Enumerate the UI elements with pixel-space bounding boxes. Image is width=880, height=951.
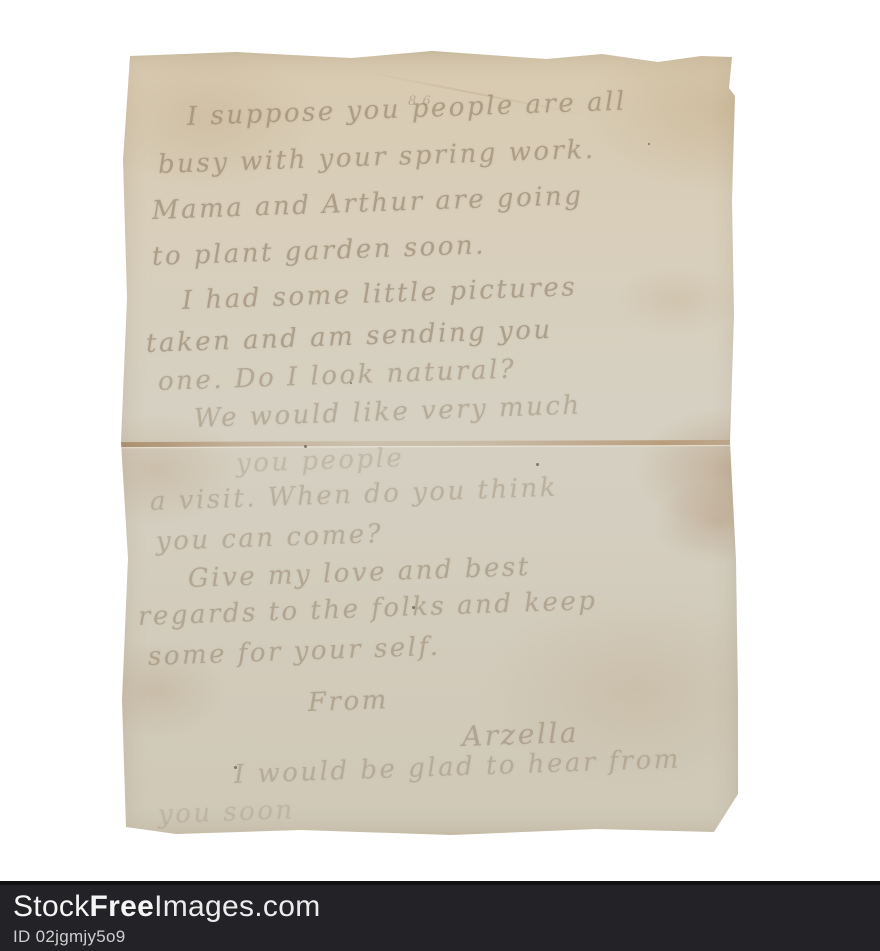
handwriting-line: you can come?	[155, 519, 383, 557]
handwriting-line-faint: you people	[235, 443, 404, 479]
letter-paper: 8 6 I suppose you people are all busy wi…	[116, 50, 742, 838]
paper-speck	[648, 143, 650, 145]
handwriting-line: busy with your spring work.	[157, 135, 596, 180]
paper-speck	[304, 445, 307, 448]
postscript-line-faint: you soon	[157, 795, 295, 830]
stock-photo: 8 6 I suppose you people are all busy wi…	[0, 0, 880, 951]
postscript-line: I would be glad to hear from	[233, 744, 681, 790]
paper-speck	[234, 766, 237, 769]
handwriting-line: to plant garden soon.	[151, 230, 486, 272]
brand-part-free: Free	[90, 890, 155, 923]
handwriting-line: Mama and Arthur are going	[151, 181, 583, 226]
paper-speck	[350, 382, 352, 384]
watermark-image-id: ID 02jgmjy5o9	[13, 927, 126, 947]
paper-speck	[412, 606, 415, 609]
handwriting-line: We would like very much	[193, 390, 582, 434]
handwriting-line: I suppose you people are all	[186, 87, 627, 132]
handwriting-line: a visit. When do you think	[149, 473, 558, 517]
closing-line: From	[307, 685, 389, 718]
watermark-brand: StockFreeImages.com	[13, 890, 321, 924]
handwriting-line: Give my love and best	[187, 552, 531, 594]
brand-part-stock: Stock	[13, 890, 90, 923]
paper-speck	[536, 463, 539, 466]
handwriting-line: taken and am sending you	[145, 315, 553, 359]
watermark-bar: StockFreeImages.com ID 02jgmjy5o9	[0, 881, 880, 951]
fold-crease-horizontal	[118, 440, 736, 447]
handwriting-line: some for your self.	[147, 632, 440, 672]
signature: Arzella	[461, 716, 579, 753]
handwriting-line: one. Do I look natural?	[157, 355, 516, 397]
handwriting-line: I had some little pictures	[181, 272, 577, 316]
brand-part-images: Images.com	[154, 890, 320, 923]
